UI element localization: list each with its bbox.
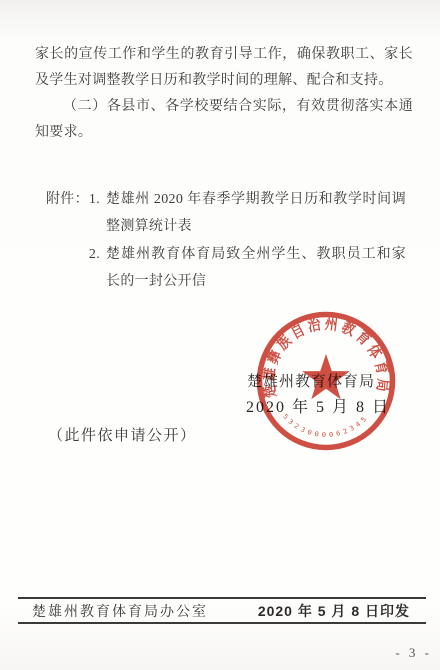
official-seal: 楚雄彝族自治州教育体育局 5323000062345 [251,306,401,456]
attachment-number: 2. [89,241,100,268]
attachments-block: 附件： 1. 楚雄州 2020 年春季学期教学日历和教学时间调整测算统计表 2.… [46,186,413,295]
attachment-title: 楚雄州教育体育局致全州学生、教职员工和家长的一封公开信 [106,241,406,295]
attachment-number: 1. [89,186,100,213]
document-page: 家长的宣传工作和学生的教育引导工作，确保教职工、家长及学生对调整教学日历和教学时… [0,0,440,670]
footer-issuing-office: 楚雄州教育体育局办公室 [32,601,208,621]
footer-print-date: 2020 年 5 月 8 日印发 [258,601,410,621]
attachment-item: 2. 楚雄州教育体育局致全州学生、教职员工和家长的一封公开信 [89,241,406,295]
page-number: - 3 - [395,645,432,661]
disclosure-note: （此件依申请公开） [48,424,197,445]
body-text-block: 家长的宣传工作和学生的教育引导工作，确保教职工、家长及学生对调整教学日历和教学时… [35,42,413,295]
footer-rule-bottom [18,622,426,624]
attachments-list: 1. 楚雄州 2020 年春季学期教学日历和教学时间调整测算统计表 2. 楚雄州… [89,186,406,295]
attachment-title: 楚雄州 2020 年春季学期教学日历和教学时间调整测算统计表 [106,186,406,240]
star-icon [302,354,350,399]
attachments-label: 附件： [46,186,89,213]
attachment-item: 1. 楚雄州 2020 年春季学期教学日历和教学时间调整测算统计表 [89,186,406,240]
paragraph-continuation: 家长的宣传工作和学生的教育引导工作，确保教职工、家长及学生对调整教学日历和教学时… [35,42,413,94]
seal-code-text: 5323000062345 [281,412,370,439]
paragraph-point-two: （二）各县市、各学校要结合实际，有效贯彻落实本通知要求。 [35,94,413,146]
footer-row: 楚雄州教育体育局办公室 2020 年 5 月 8 日印发 [18,599,426,622]
